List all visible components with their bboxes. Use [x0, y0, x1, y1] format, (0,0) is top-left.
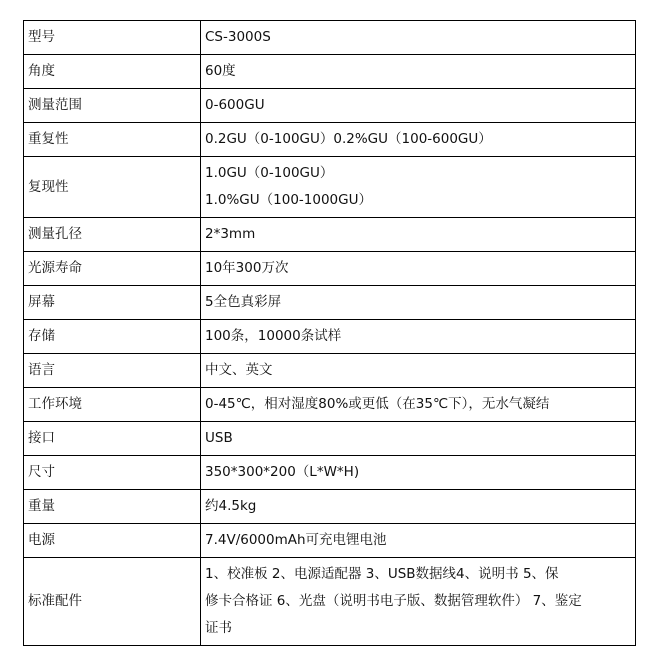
value-line: 7.4V/6000mAh可充电锂电池 — [205, 527, 631, 554]
row-label: 工作环境 — [24, 388, 201, 422]
value-line: 约4.5kg — [205, 493, 631, 520]
value-line: 1、校准板 2、电源适配器 3、USB数据线4、说明书 5、保 — [205, 561, 631, 588]
value-line: 0.2GU（0-100GU）0.2%GU（100-600GU） — [205, 126, 631, 153]
row-value: 约4.5kg — [201, 490, 636, 524]
row-label: 重复性 — [24, 123, 201, 157]
value-line: 2*3mm — [205, 221, 631, 248]
table-row-power: 电源 7.4V/6000mAh可充电锂电池 — [24, 524, 636, 558]
row-value: 5全色真彩屏 — [201, 286, 636, 320]
table-row-interface: 接口 USB — [24, 422, 636, 456]
row-value: USB — [201, 422, 636, 456]
value-line: CS-3000S — [205, 24, 631, 51]
table-row-screen: 屏幕 5全色真彩屏 — [24, 286, 636, 320]
table-row-weight: 重量 约4.5kg — [24, 490, 636, 524]
value-line: 1.0GU（0-100GU） — [205, 160, 631, 187]
table-row-storage: 存储 100条，10000条试样 — [24, 320, 636, 354]
row-label: 重量 — [24, 490, 201, 524]
table-row-environment: 工作环境 0-45℃，相对湿度80%或更低（在35℃下），无水气凝结 — [24, 388, 636, 422]
table-row-standard-accessories: 标准配件 1、校准板 2、电源适配器 3、USB数据线4、说明书 5、保 修卡合… — [24, 558, 636, 646]
table-row-reproducibility: 复现性 1.0GU（0-100GU） 1.0%GU（100-1000GU） — [24, 157, 636, 218]
table-row-dimensions: 尺寸 350*300*200（L*W*H) — [24, 456, 636, 490]
value-line: 1.0%GU（100-1000GU） — [205, 187, 631, 214]
table-row-angle: 角度 60度 — [24, 55, 636, 89]
row-value: 1.0GU（0-100GU） 1.0%GU（100-1000GU） — [201, 157, 636, 218]
value-line: 中文、英文 — [205, 357, 631, 384]
row-value: 2*3mm — [201, 218, 636, 252]
row-label: 尺寸 — [24, 456, 201, 490]
row-value: 350*300*200（L*W*H) — [201, 456, 636, 490]
row-label: 型号 — [24, 21, 201, 55]
row-label: 语言 — [24, 354, 201, 388]
table-row-language: 语言 中文、英文 — [24, 354, 636, 388]
row-value: 0.2GU（0-100GU）0.2%GU（100-600GU） — [201, 123, 636, 157]
row-value: 0-45℃，相对湿度80%或更低（在35℃下），无水气凝结 — [201, 388, 636, 422]
row-label: 光源寿命 — [24, 252, 201, 286]
row-label: 接口 — [24, 422, 201, 456]
row-label: 电源 — [24, 524, 201, 558]
row-value: 1、校准板 2、电源适配器 3、USB数据线4、说明书 5、保 修卡合格证 6、… — [201, 558, 636, 646]
table-row-light-source-life: 光源寿命 10年300万次 — [24, 252, 636, 286]
value-line: USB — [205, 425, 631, 452]
row-value: CS-3000S — [201, 21, 636, 55]
row-label: 复现性 — [24, 157, 201, 218]
row-label: 标准配件 — [24, 558, 201, 646]
row-value: 100条，10000条试样 — [201, 320, 636, 354]
table-row-model: 型号 CS-3000S — [24, 21, 636, 55]
row-label: 屏幕 — [24, 286, 201, 320]
row-value: 10年300万次 — [201, 252, 636, 286]
value-line: 0-600GU — [205, 92, 631, 119]
value-line: 证书 — [205, 615, 631, 642]
table-row-aperture: 测量孔径 2*3mm — [24, 218, 636, 252]
row-label: 测量范围 — [24, 89, 201, 123]
value-line: 10年300万次 — [205, 255, 631, 282]
row-value: 60度 — [201, 55, 636, 89]
value-line: 修卡合格证 6、光盘（说明书电子版、数据管理软件） 7、鉴定 — [205, 588, 631, 615]
row-value: 7.4V/6000mAh可充电锂电池 — [201, 524, 636, 558]
row-label: 角度 — [24, 55, 201, 89]
value-line: 350*300*200（L*W*H) — [205, 459, 631, 486]
value-line: 60度 — [205, 58, 631, 85]
row-value: 0-600GU — [201, 89, 636, 123]
table-row-measuring-range: 测量范围 0-600GU — [24, 89, 636, 123]
spec-table: 型号 CS-3000S 角度 60度 测量范围 0-600GU 重复性 0.2G… — [23, 20, 636, 646]
row-value: 中文、英文 — [201, 354, 636, 388]
value-line: 5全色真彩屏 — [205, 289, 631, 316]
row-label: 存储 — [24, 320, 201, 354]
table-row-repeatability: 重复性 0.2GU（0-100GU）0.2%GU（100-600GU） — [24, 123, 636, 157]
row-label: 测量孔径 — [24, 218, 201, 252]
value-line: 0-45℃，相对湿度80%或更低（在35℃下），无水气凝结 — [205, 391, 631, 418]
value-line: 100条，10000条试样 — [205, 323, 631, 350]
